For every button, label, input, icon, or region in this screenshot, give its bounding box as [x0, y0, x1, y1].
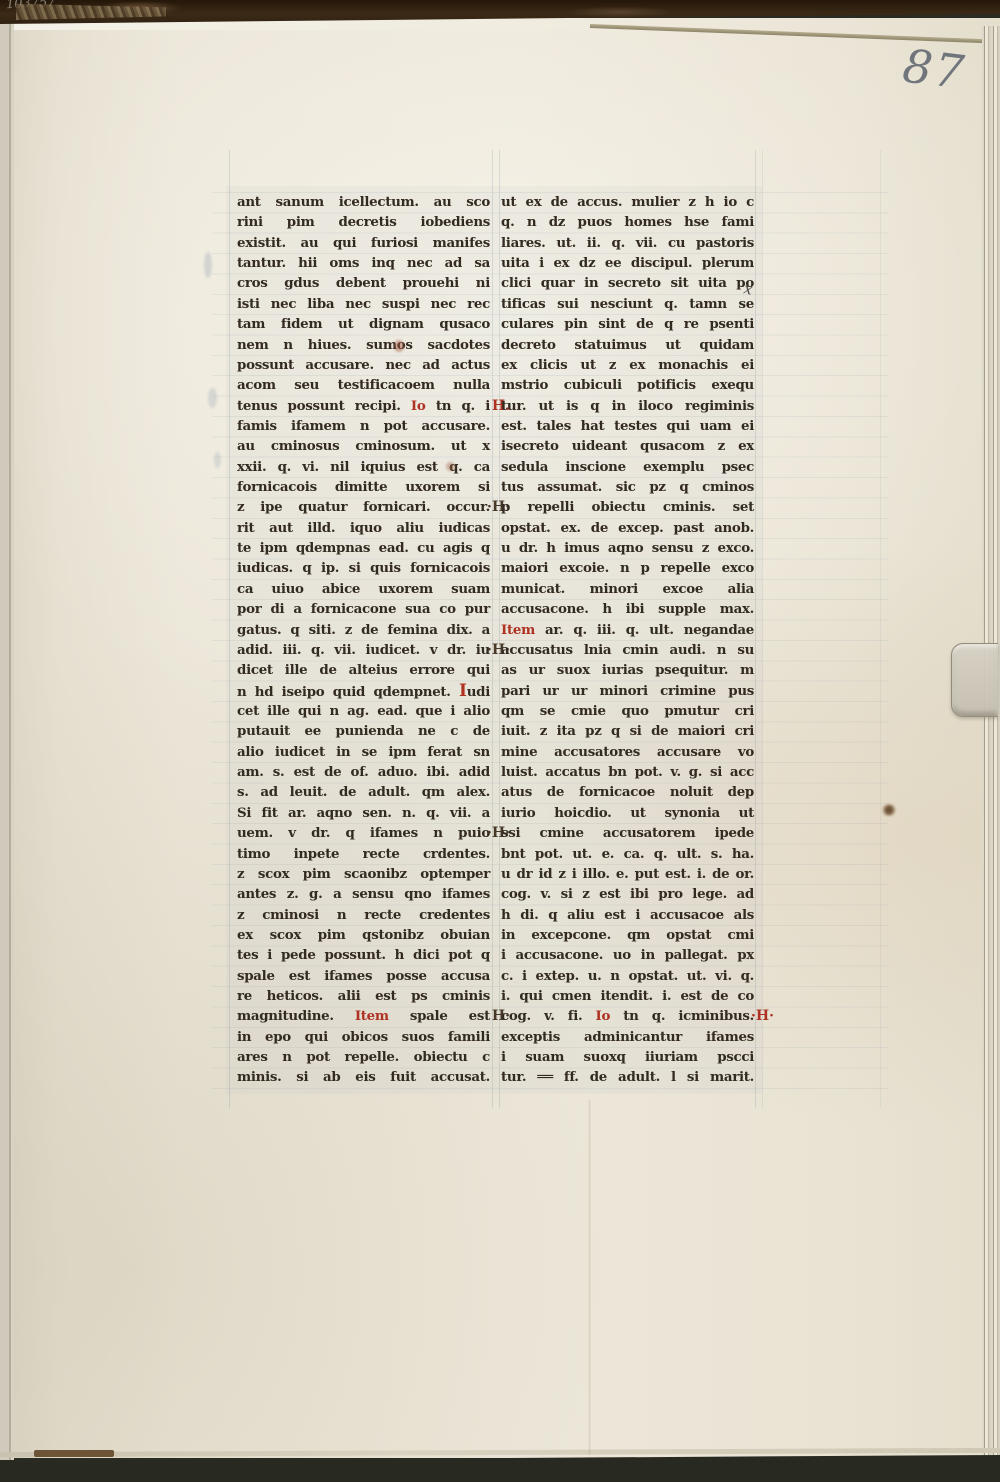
ink-text: ares n pot repelle. obiectu c: [237, 1049, 490, 1065]
ink-text: ex clicis ut z ex monachis ei: [501, 357, 754, 373]
text-line: te ipm qdempnas ead. cu agis q: [237, 538, 490, 558]
ink-text: i suam suoxq iiuriam pscci: [501, 1049, 754, 1065]
ink-text: tificas sui nesciunt q. tamn se: [501, 296, 754, 312]
ink-text: in excepcone. qm opstat cmi: [501, 927, 754, 943]
ink-text: antes z. g. a sensu qno ifames: [237, 886, 490, 902]
ink-text: rini pim decretis iobediens: [237, 214, 490, 230]
text-line: magnitudine. Item spale estH·: [237, 1006, 490, 1026]
ink-text: n hd iseipo quid qdempnet.: [237, 684, 459, 700]
ink-text: u dr. h imus aqno sensu z exco.: [501, 540, 754, 556]
text-line: in epo qui obicos suos famili: [237, 1027, 490, 1047]
ink-text: uem. v dr. q ifames n puio: [237, 825, 490, 841]
text-line: z scox pim scaonibz optemper: [237, 864, 490, 884]
ink-text: tn q. icminibus.: [610, 1008, 754, 1024]
ink-text: re heticos. alii est ps cminis: [237, 988, 490, 1004]
ink-text: tus assumat. sic pz q cminos: [501, 479, 754, 495]
text-line: maiori excoie. n p repelle exco: [501, 558, 754, 578]
text-line: Item ar. q. iii. q. ult. negandae: [501, 620, 754, 640]
text-line: c. i extep. u. n opstat. ut. vi. q.: [501, 966, 754, 986]
ink-text: gatus. q siti. z de femina dix. a: [237, 622, 490, 638]
ink-text: tenus possunt recipi.: [237, 398, 411, 414]
ink-text: mstrio cubiculi potificis exequ: [501, 377, 754, 393]
text-line: ex scox pim qstonibz obuian: [237, 925, 490, 945]
showthrough-smudge: [204, 252, 212, 278]
text-line: opstat. ex. de excep. past anob.: [501, 518, 754, 538]
text-line: putauit ee punienda ne c de: [237, 721, 490, 741]
ink-text: c. i extep. u. n opstat. ut. vi. q.: [501, 968, 754, 984]
parchment-crease: [589, 1100, 590, 1455]
text-line: est. tales hat testes qui uam ei: [501, 416, 754, 436]
text-line: dicet ille de alteius errore qui: [237, 660, 490, 680]
text-line: ex clicis ut z ex monachis ei: [501, 355, 754, 375]
text-line: qm se cmie quo pmutur cri: [501, 701, 754, 721]
paragraph-mark: ·H·: [751, 1006, 774, 1027]
text-line: ut ex de accus. mulier z h io c: [501, 192, 754, 212]
text-line: existit. au qui furiosi manifes: [237, 233, 490, 253]
text-line: s. ad leuit. de adult. qm alex.: [237, 782, 490, 802]
ink-text: h di. q aliu est i accusacoe als: [501, 907, 754, 923]
ink-text: accusacone. h ibi supple max.: [501, 601, 754, 617]
ink-text: Si fit ar. aqno sen. n. q. vii. a: [237, 805, 490, 821]
ink-text: possunt accusare. nec ad actus: [237, 357, 490, 373]
text-line: n hd iseipo quid qdempnet. Iudi: [237, 681, 490, 701]
text-line: au cminosus cminosum. ut x: [237, 436, 490, 456]
ink-text: maiori excoie. n p repelle exco: [501, 560, 754, 576]
ink-text: ca uiuo abice uxorem suam: [237, 581, 490, 597]
ink-text: au cminosus cminosum. ut x: [237, 438, 490, 454]
text-line: iurio hoicdio. ut synonia ut: [501, 803, 754, 823]
text-line: uita i ex dz ee discipul. plerum: [501, 253, 754, 273]
text-line: z cminosi n recte credentes: [237, 905, 490, 925]
text-line: sedula inscione exemplu psec: [501, 457, 754, 477]
ink-text: pari ur ur minori crimine pus: [501, 683, 754, 699]
ink-text: uita i ex dz ee discipul. plerum: [501, 255, 754, 271]
rubric-text: Io: [596, 1008, 611, 1024]
ink-text: spale est ifames posse accusa: [237, 968, 490, 984]
ink-text: udi: [467, 684, 490, 700]
text-line: re heticos. alii est ps cminis: [237, 986, 490, 1006]
ink-text: isecreto uideant qusacom z ex: [501, 438, 754, 454]
ink-text: minis. si ab eis fuit accusat.: [237, 1069, 490, 1085]
ink-text: culares pin sint de q re psenti: [501, 316, 754, 332]
text-line: mine accusatores accusare vo: [501, 742, 754, 762]
text-line: pari ur ur minori crimine pus: [501, 681, 754, 701]
text-line: rini pim decretis iobediens: [237, 212, 490, 232]
text-line: in excepcone. qm opstat cmi: [501, 925, 754, 945]
text-line: tam fidem ut dignam qusaco: [237, 314, 490, 334]
ink-text: z ipe quatur fornicari. occur.: [237, 499, 490, 515]
ink-text: cog. v. si z est ibi pro lege. ad: [501, 886, 754, 902]
ink-text: ant sanum icellectum. au sco: [237, 194, 490, 210]
showthrough-smudge: [208, 388, 217, 408]
ink-text: tur. ══ ff. de adult. l si marit.: [501, 1069, 754, 1085]
text-line: u dr id z i illo. e. put est. i. de or.: [501, 864, 754, 884]
showthrough-smudge: [214, 452, 221, 468]
ink-text: as ur suox iurias psequitur. m: [501, 662, 754, 678]
left-page-edge: [0, 0, 14, 1460]
text-line: ares n pot repelle. obiectu c: [237, 1047, 490, 1067]
ink-text: i. qui cmen itendit. i. est de co: [501, 988, 754, 1004]
text-line: accusacone. h ibi supple max.: [501, 599, 754, 619]
ink-text: acom seu testificacoem nulla: [237, 377, 490, 393]
text-line: rit aut illd. iquo aliu iudicas: [237, 518, 490, 538]
ink-text: est. tales hat testes qui uam ei: [501, 418, 754, 434]
ink-text: tn q. i: [426, 398, 490, 414]
ink-text: ut ex de accus. mulier z h io c: [501, 194, 754, 210]
ink-text: existit. au qui furiosi manifes: [237, 235, 490, 251]
text-line: i accusacone. uo in pallegat. px: [501, 945, 754, 965]
ink-text: clici quar in secreto sit uita po: [501, 275, 754, 291]
ink-text: nem n hiues. sumos sacdotes: [237, 337, 490, 353]
text-line: exceptis adminicantur ifames: [501, 1027, 754, 1047]
text-line: luist. accatus bn pot. v. g. si acc: [501, 762, 754, 782]
text-line: cog. v. si z est ibi pro lege. ad: [501, 884, 754, 904]
text-line: liares. ut. ii. q. vii. cu pastoris: [501, 233, 754, 253]
text-line: iuit. z ita pz q si de maiori cri: [501, 721, 754, 741]
text-line: possunt accusare. nec ad actus: [237, 355, 490, 375]
red-ink-smudge: [394, 340, 404, 352]
text-line: adid. iii. q. vii. iudicet. v dr. iu·H·: [237, 640, 490, 660]
ink-text: tantur. hii oms inq nec ad sa: [237, 255, 490, 271]
text-line: p repelli obiectu cminis. set: [501, 497, 754, 517]
text-line: tenus possunt recipi. Io tn q. iH.: [237, 396, 490, 416]
text-line: h di. q aliu est i accusacoe als: [501, 905, 754, 925]
text-line: decreto statuimus ut quidam: [501, 335, 754, 355]
rubric-text: Item: [355, 1008, 389, 1024]
ink-text: qm se cmie quo pmutur cri: [501, 703, 754, 719]
text-line: z ipe quatur fornicari. occur.·H·: [237, 497, 490, 517]
text-line: cet ille qui n ag. ead. que i alio: [237, 701, 490, 721]
ink-text: tes i pede possunt. h dici pot q: [237, 947, 490, 963]
text-line: minis. si ab eis fuit accusat.: [237, 1067, 490, 1087]
text-line: antes z. g. a sensu qno ifames: [237, 884, 490, 904]
text-line: accusatus lnia cmin audi. n su: [501, 640, 754, 660]
text-line: isecreto uideant qusacom z ex: [501, 436, 754, 456]
folio-number: 87: [900, 38, 969, 99]
ink-text: cog. v. fi.: [501, 1008, 596, 1024]
text-line: alio iudicet in se ipm ferat sn: [237, 742, 490, 762]
ink-text: spale est: [389, 1008, 490, 1024]
text-line: atus de fornicacoe noluit dep: [501, 782, 754, 802]
text-line: q. n dz puos homes hse fami: [501, 212, 754, 232]
text-line: municat. minori excoe alia: [501, 579, 754, 599]
ink-text: ar. q. iii. q. ult. negandae: [535, 622, 754, 638]
ink-text: isti nec liba nec suspi nec rec: [237, 296, 490, 312]
ink-text: ssi cmine accusatorem ipede: [501, 825, 754, 841]
ink-text: opstat. ex. de excep. past anob.: [501, 520, 754, 536]
ink-text: iuit. z ita pz q si de maiori cri: [501, 723, 754, 739]
text-line: fornicacois dimitte uxorem si: [237, 477, 490, 497]
brown-stain: [882, 804, 896, 816]
text-line: acom seu testificacoem nulla: [237, 375, 490, 395]
ink-text: atus de fornicacoe noluit dep: [501, 784, 754, 800]
ink-text: z scox pim scaonibz optemper: [237, 866, 490, 882]
ink-text: s. ad leuit. de adult. qm alex.: [237, 784, 490, 800]
ink-text: ex scox pim qstonibz obuian: [237, 927, 490, 943]
text-line: Si fit ar. aqno sen. n. q. vii. a: [237, 803, 490, 823]
ink-text: sedula inscione exemplu psec: [501, 459, 754, 475]
ink-text: in epo qui obicos suos famili: [237, 1029, 490, 1045]
text-line: ant sanum icellectum. au sco: [237, 192, 490, 212]
text-line: tur. ut is q in iloco regiminis: [501, 396, 754, 416]
vertical-ruling-line: [762, 150, 763, 1108]
vertical-ruling-line: [880, 150, 881, 1108]
text-line: bnt pot. ut. e. ca. q. ult. s. ha.: [501, 844, 754, 864]
text-line: tantur. hii oms inq nec ad sa: [237, 253, 490, 273]
rubric-text: Item: [501, 622, 535, 638]
ink-text: dicet ille de alteius errore qui: [237, 662, 490, 678]
ink-text: te ipm qdempnas ead. cu agis q: [237, 540, 490, 556]
ink-text: am. s. est de of. aduo. ibi. adid: [237, 764, 490, 780]
ink-text: magnitudine.: [237, 1008, 355, 1024]
text-line: clici quar in secreto sit uita po: [501, 273, 754, 293]
text-line: nem n hiues. sumos sacdotes: [237, 335, 490, 355]
ink-text: liares. ut. ii. q. vii. cu pastoris: [501, 235, 754, 251]
ink-text: bnt pot. ut. e. ca. q. ult. s. ha.: [501, 846, 754, 862]
rubric-text: I: [459, 681, 467, 701]
text-line: as ur suox iurias psequitur. m: [501, 660, 754, 680]
ink-text: q. n dz puos homes hse fami: [501, 214, 754, 230]
ink-text: alio iudicet in se ipm ferat sn: [237, 744, 490, 760]
text-line: tus assumat. sic pz q cminos: [501, 477, 754, 497]
ink-text: cet ille qui n ag. ead. que i alio: [237, 703, 490, 719]
ink-text: tur. ut is q in iloco regiminis: [501, 398, 754, 414]
ink-text: accusatus lnia cmin audi. n su: [501, 642, 754, 658]
text-line: tur. ══ ff. de adult. l si marit.: [501, 1067, 754, 1087]
ink-text: i accusacone. uo in pallegat. px: [501, 947, 754, 963]
ink-text: tam fidem ut dignam qusaco: [237, 316, 490, 332]
text-line: tes i pede possunt. h dici pot q: [237, 945, 490, 965]
ink-text: fornicacois dimitte uxorem si: [237, 479, 490, 495]
text-line: tificas sui nesciunt q. tamn se: [501, 294, 754, 314]
manuscript-photo: 103757 87 ant sanum icellectum. au scori…: [0, 0, 1000, 1482]
fore-edge-page-stack: [982, 26, 1000, 1458]
ink-text: adid. iii. q. vii. iudicet. v dr. iu: [237, 642, 490, 658]
ink-text: putauit ee punienda ne c de: [237, 723, 490, 739]
ink-text: luist. accatus bn pot. v. g. si acc: [501, 764, 754, 780]
ink-text: municat. minori excoe alia: [501, 581, 754, 597]
text-column-right: ut ex de accus. mulier z h io cq. n dz p…: [501, 192, 754, 1088]
text-line: spale est ifames posse accusa: [237, 966, 490, 986]
ink-text: iudicas. q ip. si quis fornicacois: [237, 560, 490, 576]
text-line: am. s. est de of. aduo. ibi. adid: [237, 762, 490, 782]
red-ink-smudge: [446, 462, 455, 471]
parchment-index-tab: [951, 643, 998, 717]
text-line: ca uiuo abice uxorem suam: [237, 579, 490, 599]
ink-text: cros gdus debent prouehi ni: [237, 275, 490, 291]
text-line: uem. v dr. q ifames n puio·H·: [237, 823, 490, 843]
text-line: culares pin sint de q re psenti: [501, 314, 754, 334]
text-line: isti nec liba nec suspi nec rec: [237, 294, 490, 314]
text-line: i suam suoxq iiuriam pscci: [501, 1047, 754, 1067]
text-line: i. qui cmen itendit. i. est de co: [501, 986, 754, 1006]
ink-text: p repelli obiectu cminis. set: [501, 499, 754, 515]
ink-text: decreto statuimus ut quidam: [501, 337, 754, 353]
ink-text: mine accusatores accusare vo: [501, 744, 754, 760]
text-line: por di a fornicacone sua co pur: [237, 599, 490, 619]
text-line: cros gdus debent prouehi ni: [237, 273, 490, 293]
ink-text: famis ifamem n pot accusare.: [237, 418, 490, 434]
ink-text: rit aut illd. iquo aliu iudicas: [237, 520, 490, 536]
ink-text: por di a fornicacone sua co pur: [237, 601, 490, 617]
ink-text: z cminosi n recte credentes: [237, 907, 490, 923]
text-line: gatus. q siti. z de femina dix. a: [237, 620, 490, 640]
rubric-text: Io: [411, 398, 426, 414]
text-line: famis ifamem n pot accusare.: [237, 416, 490, 436]
text-line: u dr. h imus aqno sensu z exco.: [501, 538, 754, 558]
text-line: cog. v. fi. Io tn q. icminibus.·H·: [501, 1006, 754, 1026]
text-line: iudicas. q ip. si quis fornicacois: [237, 558, 490, 578]
bottom-left-binding-sliver: [34, 1450, 114, 1457]
ink-text: timo inpete recte crdentes.: [237, 846, 490, 862]
ink-text: u dr id z i illo. e. put est. i. de or.: [501, 866, 754, 882]
text-column-left: ant sanum icellectum. au scorini pim dec…: [237, 192, 490, 1088]
text-line: timo inpete recte crdentes.: [237, 844, 490, 864]
text-line: ssi cmine accusatorem ipede: [501, 823, 754, 843]
ink-text: iurio hoicdio. ut synonia ut: [501, 805, 754, 821]
ink-text: exceptis adminicantur ifames: [501, 1029, 754, 1045]
text-line: mstrio cubiculi potificis exequ: [501, 375, 754, 395]
